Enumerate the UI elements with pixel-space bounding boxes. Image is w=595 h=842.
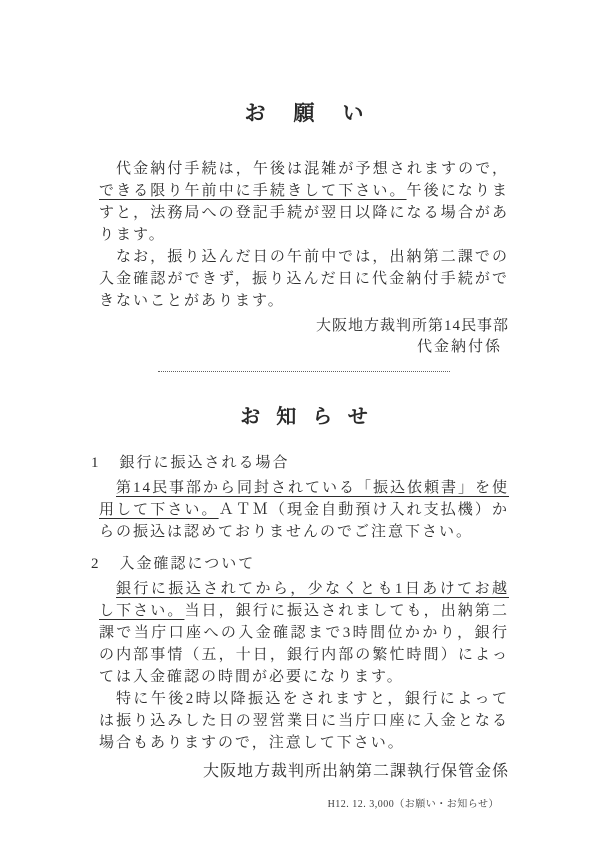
text-segment: 代金納付手続は，午後は混雑が予想されますので， [116,161,509,177]
dotted-divider [158,371,450,372]
oshirase-heading: お知らせ [99,400,509,429]
oshirase-item1-paragraph: 第14民事部から同封されている「振込依頼書」を使用して下さい。ＡＴＭ（現金自動預… [99,477,509,543]
onegai-paragraph-1: 代金納付手続は，午後は混雑が予想されますので，できる限り午前中に手続きして下さい… [99,158,509,246]
print-info: H12. 12. 3,000（お願い・お知らせ） [99,795,509,810]
onegai-heading: お願い [99,97,509,127]
onegai-paragraph-2: なお，振り込んだ日の午前中では，出納第二課での入金確認ができず，振り込んだ日に代… [99,246,509,312]
item-title: 銀行に振込される場合 [120,455,290,471]
signature-line-department: 大阪地方裁判所第14民事部 [99,316,509,337]
signature-line-section: 代金納付係 [99,337,509,358]
oshirase-item2-paragraph-1: 銀行に振込されてから，少なくとも1日あけてお越し下さい。当日，銀行に振込されまし… [99,578,509,688]
document-page: お願い 代金納付手続は，午後は混雑が予想されますので，できる限り午前中に手続きし… [0,0,595,842]
item-number: 1 [91,455,101,471]
onegai-signature-block: 大阪地方裁判所第14民事部 代金納付係 [99,316,509,358]
oshirase-signature: 大阪地方裁判所出納第二課執行保管金係 [99,761,509,782]
section-oshirase: お知らせ 1銀行に振込される場合 第14民事部から同封されている「振込依頼書」を… [99,400,509,782]
oshirase-item2-heading: 2入金確認について [91,552,509,573]
item-number: 2 [91,556,101,572]
section-onegai: お願い 代金納付手続は，午後は混雑が予想されますので，できる限り午前中に手続きし… [99,97,509,358]
item-title: 入金確認について [120,556,256,572]
oshirase-item2-paragraph-2: 特に午後2時以降振込をされますと，銀行によっては振り込みした日の翌営業日に当庁口… [99,688,509,754]
underlined-text-segment: できる限り午前中に手続きして下さい。 [99,183,407,199]
oshirase-item1-heading: 1銀行に振込される場合 [91,451,509,472]
